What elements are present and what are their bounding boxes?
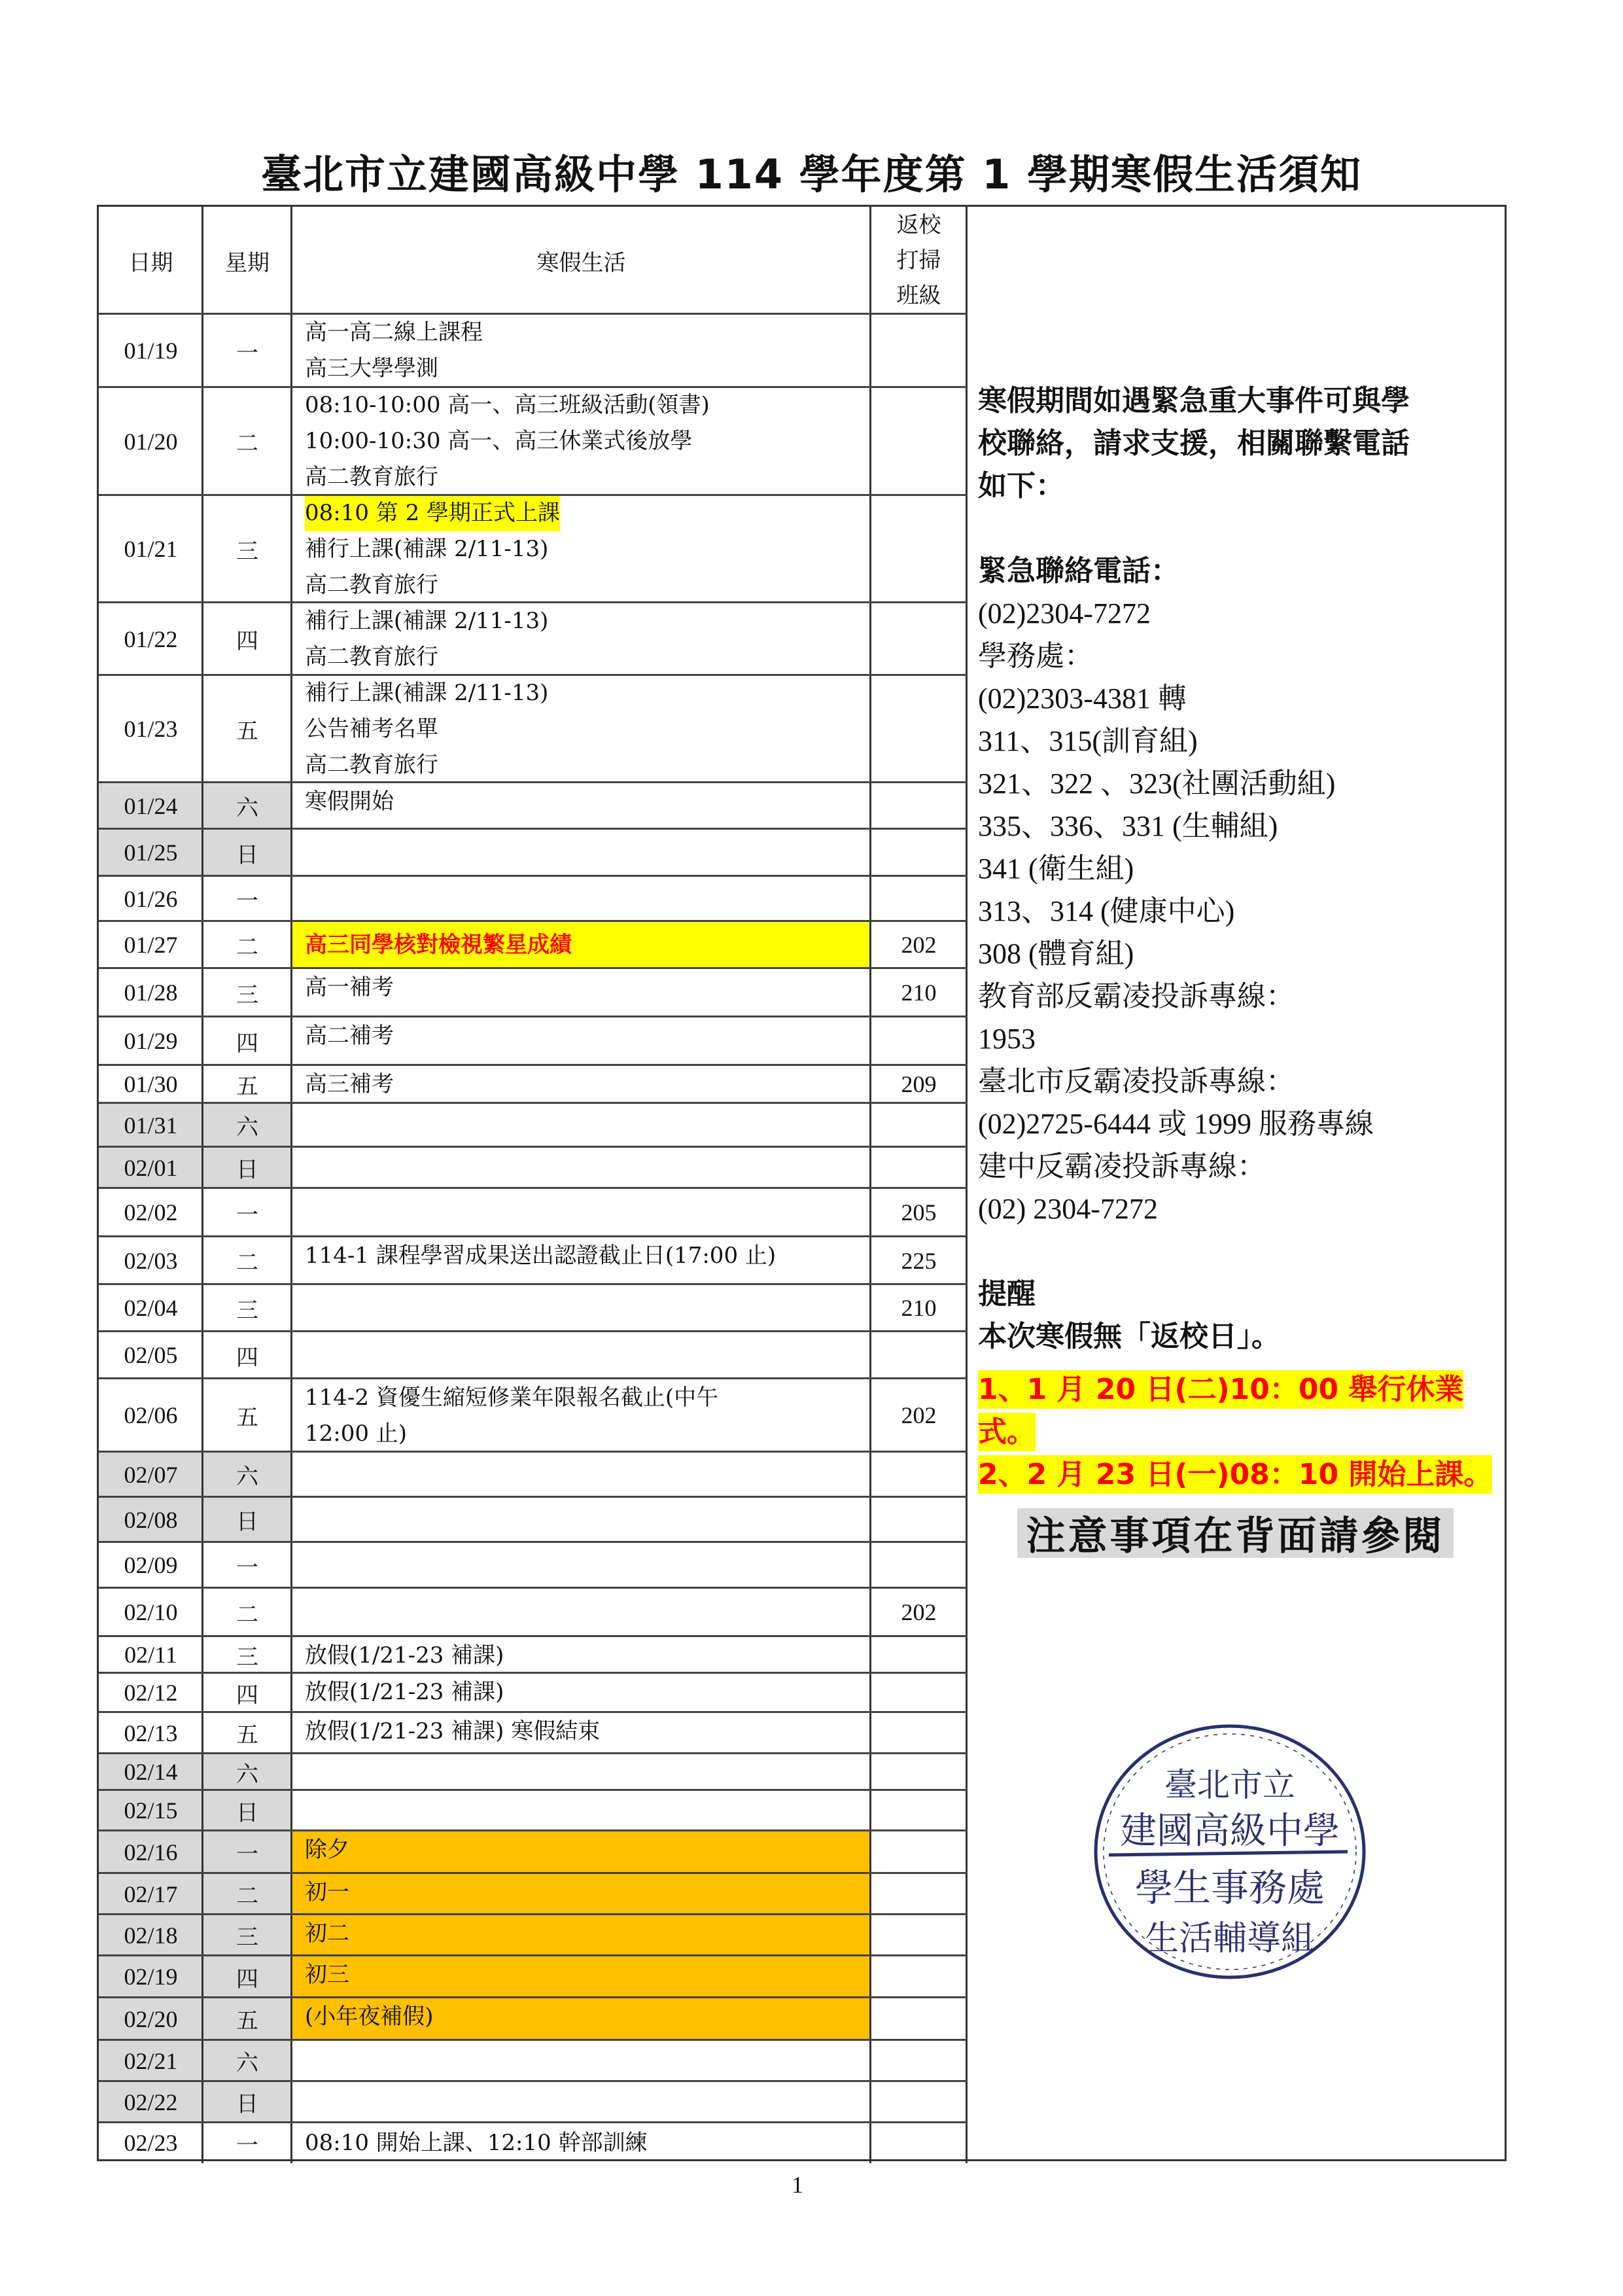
weekday-text: 日 [236, 1795, 258, 1827]
header-activity: 寒假生活 [292, 207, 871, 314]
weekday-text: 二 [236, 1245, 258, 1277]
weekday-cell: 一 [203, 1831, 292, 1873]
emergency-phone: (02)2304-7272 [978, 592, 1501, 635]
row-divider [99, 386, 967, 388]
weekday-cell: 六 [203, 1452, 292, 1497]
class-text: 210 [901, 1294, 937, 1322]
date-text: 02/06 [124, 1402, 177, 1429]
weekday-text: 二 [236, 929, 258, 961]
row-divider [99, 1451, 967, 1453]
intro-line-1: 寒假期間如遇緊急重大事件可與學 [978, 380, 1501, 422]
header-class-line: 返校 [897, 207, 941, 243]
weekday-cell: 二 [203, 1873, 292, 1915]
school-hotline-label: 建中反霸凌投訴專線： [978, 1145, 1501, 1188]
date-cell: 01/23 [99, 675, 203, 783]
weekday-text: 一 [236, 1197, 258, 1229]
cleaning-class-cell [871, 783, 967, 829]
weekday-cell: 四 [203, 1673, 292, 1712]
date-text: 01/25 [124, 839, 177, 866]
cleaning-class-cell [871, 1497, 967, 1542]
class-text: 202 [901, 1402, 937, 1429]
cleaning-class-cell: 210 [871, 968, 967, 1017]
date-cell: 02/17 [99, 1873, 203, 1915]
activity-cell: 08:10 第 2 學期正式上課補行上課(補課 2/11-13)高二教育旅行 [292, 495, 871, 603]
weekday-text: 五 [236, 1069, 258, 1101]
cleaning-class-cell [871, 1103, 967, 1147]
weekday-cell: 二 [203, 387, 292, 495]
header-class-line: 班級 [897, 278, 941, 313]
row-divider [99, 1996, 967, 1998]
stamp-line-4: 生活輔導組 [1145, 1919, 1315, 1958]
cleaning-class-cell [871, 1452, 967, 1497]
weekday-cell: 日 [203, 1497, 292, 1542]
activity-line: (小年夜補假) [305, 1999, 434, 2035]
cleaning-class-cell [871, 1873, 967, 1915]
date-cell: 01/22 [99, 603, 203, 675]
weekday-cell: 三 [203, 1915, 292, 1956]
activity-line: 高二教育旅行 [305, 459, 438, 495]
row-divider [99, 1102, 967, 1104]
extension-line: 308 (體育組) [978, 932, 1501, 975]
activity-cell: 08:10-10:00 高一、高三班級活動(領書)10:00-10:30 高一、… [292, 387, 871, 495]
weekday-cell: 六 [203, 2040, 292, 2081]
cleaning-class-cell: 202 [871, 1379, 967, 1452]
date-cell: 02/04 [99, 1284, 203, 1332]
activity-cell: 放假(1/21-23 補課) 寒假結束 [292, 1712, 871, 1754]
date-text: 02/21 [124, 2047, 177, 2075]
notice-see-back: 注意事項在背面請參閱 [1017, 1508, 1454, 1558]
row-divider [99, 1954, 967, 1956]
weekday-cell: 五 [203, 1998, 292, 2040]
row-divider [99, 494, 967, 496]
date-cell: 02/21 [99, 2040, 203, 2081]
date-text: 02/16 [124, 1839, 177, 1866]
cleaning-class-cell [871, 1636, 967, 1673]
date-cell: 02/08 [99, 1497, 203, 1542]
date-cell: 02/13 [99, 1712, 203, 1754]
row-divider [99, 1913, 967, 1915]
activity-cell: 補行上課(補課 2/11-13)高二教育旅行 [292, 603, 871, 675]
activity-cell: 初三 [292, 1956, 871, 1998]
activity-line: 除夕 [305, 1832, 349, 1868]
weekday-text: 四 [236, 1961, 258, 1993]
weekday-text: 五 [236, 2003, 258, 2035]
weekday-text: 一 [236, 2127, 258, 2159]
weekday-cell: 五 [203, 1065, 292, 1103]
taipei-hotline-phone: (02)2725-6444 或 1999 服務專線 [978, 1103, 1501, 1145]
date-text: 01/26 [124, 885, 177, 913]
date-text: 02/18 [124, 1922, 177, 1949]
row-divider [99, 1283, 967, 1285]
activity-cell [292, 1103, 871, 1147]
date-cell: 01/20 [99, 387, 203, 495]
date-text: 01/31 [124, 1112, 177, 1139]
row-divider [99, 1587, 967, 1589]
date-text: 02/03 [124, 1247, 177, 1275]
extension-line: 335、336、331 (生輔組) [978, 805, 1501, 847]
weekday-cell: 一 [203, 314, 292, 387]
row-divider [99, 2039, 967, 2041]
date-text: 02/22 [124, 2089, 177, 2116]
weekday-cell: 五 [203, 675, 292, 783]
moe-hotline-phone: 1953 [978, 1017, 1501, 1060]
cleaning-class-cell [871, 1017, 967, 1065]
date-text: 02/09 [124, 1551, 177, 1579]
class-text: 205 [901, 1199, 937, 1226]
cleaning-class-cell [871, 314, 967, 387]
activity-cell [292, 2040, 871, 2081]
date-cell: 01/27 [99, 921, 203, 968]
date-text: 02/20 [124, 2005, 177, 2033]
class-text: 202 [901, 1598, 937, 1626]
column-divider [869, 207, 871, 2163]
row-divider [99, 781, 967, 783]
date-cell: 02/10 [99, 1588, 203, 1636]
activity-cell [292, 876, 871, 921]
row-divider [99, 1872, 967, 1874]
highlight-school-start: 2、2 月 23 日(一)08：10 開始上課。 [978, 1455, 1492, 1494]
date-cell: 01/31 [99, 1103, 203, 1147]
stamp-line-2: 建國高級中學 [1120, 1810, 1340, 1852]
page-number: 1 [792, 2171, 803, 2199]
date-text: 01/19 [124, 337, 177, 364]
date-cell: 02/07 [99, 1452, 203, 1497]
cleaning-class-cell [871, 1712, 967, 1754]
date-text: 01/28 [124, 979, 177, 1006]
student-affairs-label: 學務處： [978, 635, 1501, 677]
date-cell: 02/02 [99, 1188, 203, 1237]
activity-cell [292, 1188, 871, 1237]
row-divider [99, 674, 967, 676]
weekday-text: 四 [236, 1339, 258, 1371]
header-date: 日期 [99, 207, 203, 314]
class-text: 210 [901, 979, 937, 1006]
moe-hotline-label: 教育部反霸凌投訴專線： [978, 975, 1501, 1017]
cleaning-class-cell [871, 1956, 967, 1998]
date-text: 02/17 [124, 1881, 177, 1908]
activity-cell [292, 2081, 871, 2123]
date-cell: 02/09 [99, 1542, 203, 1588]
weekday-cell: 四 [203, 603, 292, 675]
weekday-cell: 四 [203, 1017, 292, 1065]
activity-cell: 114-1 課程學習成果送出認證截止日(17:00 止) [292, 1237, 871, 1284]
activity-line: 12:00 止) [305, 1416, 407, 1452]
row-divider [99, 1711, 967, 1713]
weekday-cell: 二 [203, 1237, 292, 1284]
emergency-label: 緊急聯絡電話： [978, 550, 1501, 592]
date-text: 02/13 [124, 1720, 177, 1747]
activity-line: 補行上課(補課 2/11-13) [305, 531, 548, 567]
class-text: 202 [901, 931, 937, 959]
weekday-text: 一 [236, 1836, 258, 1868]
header-weekday-label: 星期 [225, 245, 270, 277]
date-cell: 01/28 [99, 968, 203, 1017]
activity-cell [292, 1452, 871, 1497]
date-text: 02/04 [124, 1294, 177, 1322]
stamp-line-1: 臺北市立 [1164, 1766, 1295, 1804]
weekday-cell: 五 [203, 1379, 292, 1452]
weekday-text: 一 [236, 883, 258, 915]
activity-cell: 114-2 資優生縮短修業年限報名截止(中午12:00 止) [292, 1379, 871, 1452]
cleaning-class-cell [871, 2123, 967, 2163]
weekday-cell: 日 [203, 1147, 292, 1188]
cleaning-class-cell [871, 1915, 967, 1956]
weekday-text: 五 [236, 713, 258, 745]
cleaning-class-cell [871, 1332, 967, 1379]
weekday-cell: 四 [203, 1956, 292, 1998]
weekday-cell: 日 [203, 2081, 292, 2123]
row-divider [99, 2121, 967, 2123]
activity-cell: 08:10 開始上課、12:10 幹部訓練 [292, 2123, 871, 2163]
activity-cell: 放假(1/21-23 補課) [292, 1636, 871, 1673]
date-cell: 02/16 [99, 1831, 203, 1873]
activity-cell [292, 1284, 871, 1332]
activity-cell: 高二補考 [292, 1017, 871, 1065]
activity-line: 08:10 第 2 學期正式上課 [305, 495, 560, 531]
cleaning-class-cell [871, 2081, 967, 2123]
date-cell: 02/22 [99, 2081, 203, 2123]
weekday-text: 六 [236, 2045, 258, 2077]
row-divider [99, 1789, 967, 1791]
weekday-cell: 一 [203, 1542, 292, 1588]
activity-line: 高一補考 [305, 970, 394, 1006]
activity-cell [292, 1754, 871, 1790]
weekday-cell: 一 [203, 876, 292, 921]
date-text: 02/05 [124, 1341, 177, 1369]
activity-line: 放假(1/21-23 補課) 寒假結束 [305, 1714, 600, 1750]
row-divider [99, 1541, 967, 1543]
weekday-cell: 六 [203, 1103, 292, 1147]
weekday-text: 六 [236, 1458, 258, 1491]
class-text: 209 [901, 1070, 937, 1098]
weekday-text: 六 [236, 1109, 258, 1141]
cleaning-class-cell: 209 [871, 1065, 967, 1103]
intro-line-3: 如下： [978, 465, 1501, 507]
activity-line: 高二教育旅行 [305, 567, 438, 603]
row-divider [99, 828, 967, 830]
date-text: 01/30 [124, 1070, 177, 1098]
weekday-text: 日 [236, 837, 258, 869]
student-affairs-phone: (02)2303-4381 轉 [978, 677, 1501, 720]
date-text: 01/22 [124, 626, 177, 653]
cleaning-class-cell [871, 387, 967, 495]
date-text: 01/20 [124, 428, 177, 455]
cleaning-class-cell [871, 1147, 967, 1188]
activity-cell: 補行上課(補課 2/11-13)公告補考名單高二教育旅行 [292, 675, 871, 783]
date-text: 02/15 [124, 1797, 177, 1824]
class-text: 225 [901, 1247, 937, 1275]
activity-line: 放假(1/21-23 補課) [305, 1674, 504, 1710]
cleaning-class-cell: 202 [871, 1588, 967, 1636]
document-title: 臺北市立建國高級中學 114 學年度第 1 學期寒假生活須知 [0, 145, 1623, 204]
activity-cell [292, 1790, 871, 1831]
weekday-text: 四 [236, 1025, 258, 1057]
cleaning-class-cell: 205 [871, 1188, 967, 1237]
activity-cell: 除夕 [292, 1831, 871, 1873]
date-cell: 02/18 [99, 1915, 203, 1956]
row-divider [99, 1496, 967, 1498]
date-cell: 02/14 [99, 1754, 203, 1790]
activity-cell: (小年夜補假) [292, 1998, 871, 2040]
date-cell: 01/30 [99, 1065, 203, 1103]
date-text: 02/02 [124, 1199, 177, 1226]
cleaning-class-cell [871, 2040, 967, 2081]
weekday-text: 三 [236, 1919, 258, 1951]
cleaning-class-cell [871, 675, 967, 783]
row-divider [99, 1235, 967, 1237]
activity-line: 初二 [305, 1916, 349, 1952]
date-cell: 02/01 [99, 1147, 203, 1188]
cleaning-class-cell: 210 [871, 1284, 967, 1332]
weekday-text: 六 [236, 1756, 258, 1788]
highlight-closing-ceremony: 1、1 月 20 日(二)10：00 舉行休業 [978, 1370, 1463, 1409]
weekday-cell: 二 [203, 921, 292, 968]
cleaning-class-cell [871, 1831, 967, 1873]
activity-cell: 初二 [292, 1915, 871, 1956]
activity-line: 初一 [305, 1875, 349, 1911]
weekday-cell: 四 [203, 1332, 292, 1379]
column-divider [201, 207, 203, 2163]
date-cell: 01/19 [99, 314, 203, 387]
row-divider [99, 920, 967, 922]
activity-cell: 高一補考 [292, 968, 871, 1017]
weekday-text: 一 [236, 335, 258, 367]
activity-line: 補行上課(補課 2/11-13) [305, 603, 548, 639]
activity-line: 補行上課(補課 2/11-13) [305, 675, 548, 711]
cleaning-class-cell [871, 1998, 967, 2040]
weekday-text: 二 [236, 1878, 258, 1910]
activity-line: 初三 [305, 1957, 349, 1993]
weekday-text: 日 [236, 2086, 258, 2118]
date-text: 01/23 [124, 715, 177, 743]
date-cell: 02/11 [99, 1636, 203, 1673]
row-divider [99, 1064, 967, 1066]
weekday-text: 三 [236, 1639, 258, 1671]
date-text: 02/11 [124, 1641, 177, 1669]
weekday-cell: 五 [203, 1712, 292, 1754]
weekday-cell: 三 [203, 495, 292, 603]
date-text: 02/07 [124, 1461, 177, 1489]
activity-cell: 放假(1/21-23 補課) [292, 1673, 871, 1712]
weekday-text: 四 [236, 623, 258, 655]
stamp-line-3: 學生事務處 [1135, 1865, 1325, 1910]
reminder-label: 提醒 [978, 1273, 1501, 1315]
cleaning-class-cell [871, 603, 967, 675]
weekday-cell: 六 [203, 783, 292, 829]
activity-cell [292, 1588, 871, 1636]
extension-line: 341 (衛生組) [978, 847, 1501, 890]
highlight-closing-ceremony-cont: 式。 [978, 1413, 1036, 1451]
taipei-hotline-label: 臺北市反霸凌投訴專線： [978, 1060, 1501, 1103]
header-activity-label: 寒假生活 [537, 245, 626, 277]
activity-line: 高二教育旅行 [305, 747, 438, 783]
cleaning-class-cell [871, 1754, 967, 1790]
weekday-text: 四 [236, 1677, 258, 1709]
contact-panel: 寒假期間如遇緊急重大事件可與學 校聯絡，請求支援，相關聯繫電話 如下： 緊急聯絡… [978, 380, 1501, 1496]
extension-line: 321、322 、323(社團活動組) [978, 762, 1501, 805]
weekday-text: 五 [236, 1717, 258, 1749]
activity-line: 放假(1/21-23 補課) [305, 1638, 504, 1674]
activity-line: 高三同學核對檢視繁星成績 [305, 927, 572, 963]
weekday-cell: 三 [203, 968, 292, 1017]
activity-line: 高三大學學測 [305, 351, 438, 387]
row-divider [99, 1752, 967, 1754]
header-weekday: 星期 [203, 207, 292, 314]
intro-line-2: 校聯絡，請求支援，相關聯繫電話 [978, 422, 1501, 465]
date-text: 01/24 [124, 792, 177, 820]
row-divider [99, 1016, 967, 1017]
date-cell: 02/23 [99, 2123, 203, 2163]
weekday-cell: 一 [203, 1188, 292, 1237]
weekday-text: 五 [236, 1400, 258, 1432]
weekday-text: 三 [236, 533, 258, 565]
weekday-cell: 日 [203, 829, 292, 876]
row-divider [99, 313, 967, 315]
weekday-cell: 三 [203, 1636, 292, 1673]
date-text: 02/14 [124, 1758, 177, 1786]
activity-cell [292, 1332, 871, 1379]
date-cell: 01/26 [99, 876, 203, 921]
cleaning-class-cell [871, 876, 967, 921]
activity-cell [292, 1497, 871, 1542]
activity-cell: 初一 [292, 1873, 871, 1915]
activity-line: 10:00-10:30 高一、高三休業式後放學 [305, 423, 692, 459]
cleaning-class-cell [871, 829, 967, 876]
activity-line: 08:10 開始上課、12:10 幹部訓練 [305, 2125, 648, 2161]
row-divider [99, 1377, 967, 1379]
date-cell: 02/20 [99, 1998, 203, 2040]
date-cell: 01/21 [99, 495, 203, 603]
extension-line: 311、315(訓育組) [978, 720, 1501, 762]
weekday-text: 二 [236, 1597, 258, 1629]
row-divider [99, 601, 967, 603]
date-cell: 01/29 [99, 1017, 203, 1065]
cleaning-class-cell [871, 1790, 967, 1831]
date-cell: 01/25 [99, 829, 203, 876]
date-cell: 02/03 [99, 1237, 203, 1284]
activity-line: 高二補考 [305, 1018, 394, 1054]
column-divider [966, 207, 968, 2163]
row-divider [99, 1187, 967, 1189]
weekday-text: 一 [236, 1549, 258, 1581]
date-cell: 02/19 [99, 1956, 203, 1998]
cleaning-class-cell: 225 [871, 1237, 967, 1284]
weekday-text: 日 [236, 1504, 258, 1536]
school-seal-stamp: 臺北市立 建國高級中學 學生事務處 生活輔導組 [1089, 1718, 1370, 1986]
cleaning-class-cell [871, 1673, 967, 1712]
row-divider [99, 1146, 967, 1148]
row-divider [99, 1635, 967, 1637]
activity-line: 高一高二線上課程 [305, 315, 483, 351]
row-divider [99, 967, 967, 969]
header-cleaning-class: 返校打掃班級 [871, 207, 967, 314]
cleaning-class-cell [871, 495, 967, 603]
weekday-cell: 三 [203, 1284, 292, 1332]
row-divider [99, 875, 967, 877]
activity-cell [292, 1147, 871, 1188]
activity-line: 114-1 課程學習成果送出認證截止日(17:00 止) [305, 1238, 776, 1274]
activity-cell: 高一高二線上課程高三大學學測 [292, 314, 871, 387]
cleaning-class-cell: 202 [871, 921, 967, 968]
header-date-label: 日期 [129, 245, 173, 277]
weekday-cell: 二 [203, 1588, 292, 1636]
date-cell: 01/24 [99, 783, 203, 829]
extension-line: 313、314 (健康中心) [978, 890, 1501, 932]
weekday-text: 日 [236, 1152, 258, 1184]
activity-cell [292, 829, 871, 876]
date-text: 01/29 [124, 1027, 177, 1055]
date-text: 02/08 [124, 1506, 177, 1534]
